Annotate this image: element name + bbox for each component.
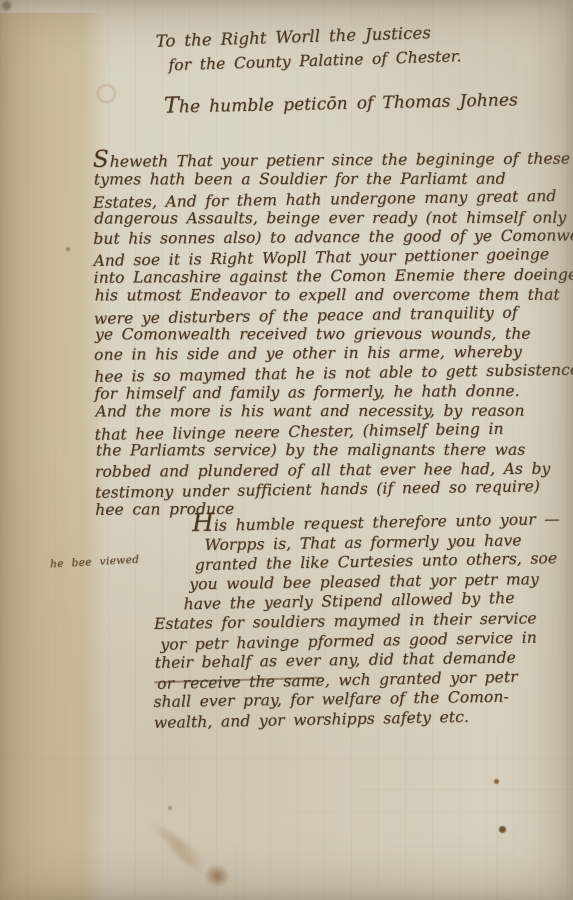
petition-request: His humble request therefore unto your —… [148, 506, 564, 733]
foxing-spot [494, 779, 499, 784]
petition-heading: To the Right Worll the Justices for the … [155, 20, 462, 78]
foxing-spot [66, 247, 70, 251]
paper-crease-vertical [236, 845, 238, 900]
seal-ghost-mark [97, 84, 116, 103]
paper-crease-horizontal [360, 789, 573, 791]
petition-salutation: The humble peticōn of Thomas Johnes [164, 85, 518, 118]
body-line: dangerous Assaults, beinge ever ready (n… [94, 209, 573, 229]
foxing-spot [499, 826, 506, 833]
page-fold-band [0, 13, 107, 900]
corner-speck [2, 1, 11, 10]
body-line: ye Comonwealth received two grievous wou… [95, 325, 573, 345]
paper-crease-horizontal [290, 812, 573, 814]
foxing-spot [168, 806, 172, 810]
paper-crease-vertical [497, 735, 499, 900]
paper-crease-horizontal [0, 758, 573, 760]
body-line: Sheweth That your petienr since the begi… [93, 146, 573, 172]
petition-body: Sheweth That your petienr since the begi… [93, 146, 573, 520]
manuscript-page: To the Right Worll the Justices for the … [0, 0, 573, 900]
ink-stain-streak [143, 814, 213, 873]
body-line: the Parliamts service) by the malignants… [96, 441, 573, 461]
